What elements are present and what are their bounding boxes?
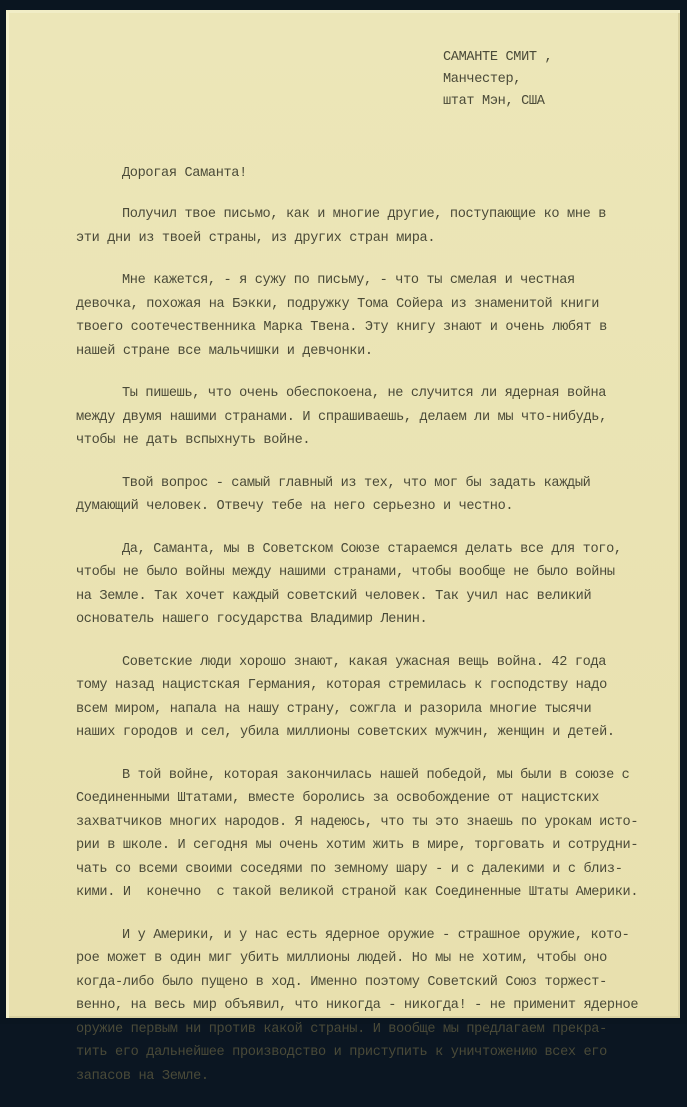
addressee-state-country: штат Мэн, США <box>443 91 552 113</box>
text-line: Да, Саманта, мы в Советском Союзе старае… <box>76 538 676 562</box>
text-line: рии в школе. И сегодня мы очень хотим жи… <box>76 834 676 858</box>
text-line: эти дни из твоей страны, из других стран… <box>76 227 676 251</box>
text-line: Ты пишешь, что очень обеспокоена, не слу… <box>76 382 676 406</box>
paragraph-5: Да, Саманта, мы в Советском Союзе старае… <box>76 538 676 632</box>
text-line: девочка, похожая на Бэкки, подружку Тома… <box>76 293 676 317</box>
text-line: Соединенными Штатами, вместе боролись за… <box>76 787 676 811</box>
text-line: Мне кажется, - я сужу по письму, - что т… <box>76 269 676 293</box>
addressee-block: САМАНТЕ СМИТ , Манчестер, штат Мэн, США <box>443 47 552 113</box>
text-line: тому назад нацистская Германия, которая … <box>76 674 676 698</box>
paragraph-4: Твой вопрос - самый главный из тех, что … <box>76 472 676 519</box>
paragraph-2: Мне кажется, - я сужу по письму, - что т… <box>76 269 676 363</box>
text-line: основатель нашего государства Владимир Л… <box>76 608 676 632</box>
text-line: захватчиков многих народов. Я надеюсь, ч… <box>76 811 676 835</box>
text-line: нашей стране все мальчишки и девчонки. <box>76 340 676 364</box>
paragraph-3: Ты пишешь, что очень обеспокоена, не слу… <box>76 382 676 453</box>
text-line: когда-либо было пущено в ход. Именно поэ… <box>76 971 676 995</box>
text-line: Советские люди хорошо знают, какая ужасн… <box>76 651 676 675</box>
text-line: оружие первым ни против какой страны. И … <box>76 1018 676 1025</box>
text-line: чать со всеми своими соседями по земному… <box>76 858 676 882</box>
text-line: думающий человек. Отвечу тебе на него се… <box>76 495 676 519</box>
text-line: чтобы не было войны между нашими странам… <box>76 561 676 585</box>
text-line: твоего соотечественника Марка Твена. Эту… <box>76 316 676 340</box>
text-line: наших городов и сел, убила миллионы сове… <box>76 721 676 745</box>
greeting: Дорогая Саманта! <box>76 164 676 184</box>
letter-body: Дорогая Саманта! Получил твое письмо, ка… <box>76 164 676 1024</box>
text-line: кими. И конечно с такой великой страной … <box>76 881 676 905</box>
photo-background: САМАНТЕ СМИТ , Манчестер, штат Мэн, США … <box>0 0 687 1024</box>
paragraph-1: Получил твое письмо, как и многие другие… <box>76 203 676 250</box>
text-line: венно, на весь мир объявил, что никогда … <box>76 994 676 1018</box>
paragraph-8: И у Америки, и у нас есть ядерное оружие… <box>76 924 676 1025</box>
text-line: Получил твое письмо, как и многие другие… <box>76 203 676 227</box>
text-line: чтобы не дать вспыхнуть войне. <box>76 429 676 453</box>
paragraph-6: Советские люди хорошо знают, какая ужасн… <box>76 651 676 745</box>
text-line: Твой вопрос - самый главный из тех, что … <box>76 472 676 496</box>
addressee-city: Манчестер, <box>443 69 552 91</box>
text-line: между двумя нашими странами. И спрашивае… <box>76 406 676 430</box>
paragraph-7: В той войне, которая закончилась нашей п… <box>76 764 676 905</box>
addressee-name: САМАНТЕ СМИТ , <box>443 47 552 69</box>
text-line: всем миром, напала на нашу страну, сожгл… <box>76 698 676 722</box>
text-line: В той войне, которая закончилась нашей п… <box>76 764 676 788</box>
text-line: И у Америки, и у нас есть ядерное оружие… <box>76 924 676 948</box>
text-line: рое может в один миг убить миллионы люде… <box>76 947 676 971</box>
text-line: на Земле. Так хочет каждый советский чел… <box>76 585 676 609</box>
